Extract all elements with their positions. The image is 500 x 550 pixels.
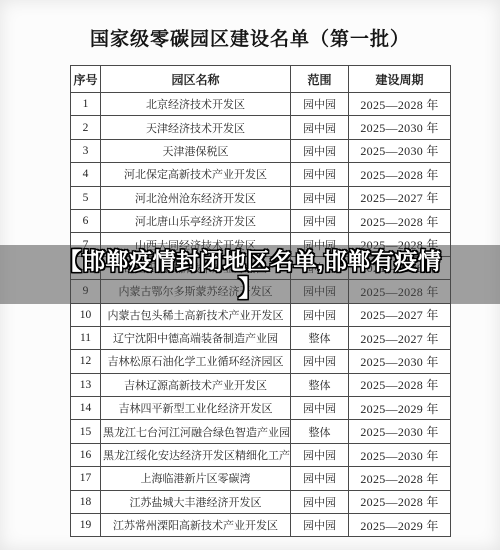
cell-scope: 园中园 [291, 256, 349, 279]
cell-period: 2025—2029 年 [349, 397, 451, 420]
cell-period: 2025—2030 年 [349, 443, 451, 466]
cell-scope: 园中园 [291, 233, 349, 256]
table-row: 11辽宁沈阳中德高端装备制造产业园整体2025—2027 年 [71, 326, 451, 349]
cell-period: 2025—2028 年 [349, 467, 451, 490]
cell-scope: 园中园 [291, 116, 349, 139]
cell-no: 15 [71, 420, 101, 443]
cell-period: 2025—2028 年 [349, 233, 451, 256]
cell-no: 14 [71, 397, 101, 420]
column-header-scope: 范围 [291, 66, 349, 93]
cell-name: 江苏常州溧阳高新技术产业开发区 [101, 514, 291, 537]
cell-period: 2025—2027 年 [349, 326, 451, 349]
table-row: 7山西大同经济技术开发区园中园2025—2028 年 [71, 233, 451, 256]
cell-name: 江苏盐城大丰港经济开发区 [101, 490, 291, 513]
document-page: 国家级零碳园区建设名单（第一批） 序号 园区名称 范围 建设周期 1北京经济技术… [0, 0, 500, 550]
cell-scope: 园中园 [291, 163, 349, 186]
cell-name: 内蒙古包头稀土高新技术产业开发区 [101, 303, 291, 326]
cell-period: 2025—2028 年 [349, 209, 451, 232]
cell-no: 5 [71, 186, 101, 209]
cell-scope: 园中园 [291, 139, 349, 162]
cell-name: 吉林松原石油化学工业循环经济园区 [101, 350, 291, 373]
cell-no: 7 [71, 233, 101, 256]
cell-no: 2 [71, 116, 101, 139]
cell-name: 吉林辽源高新技术产业开发区 [101, 373, 291, 396]
table-row: 15黑龙江七台河江河融合绿色智造产业园区整体2025—2030 年 [71, 420, 451, 443]
cell-name: 山西阳泉高新技术产业开发区 [101, 256, 291, 279]
column-header-name: 园区名称 [101, 66, 291, 93]
cell-period: 2025—2028 年 [349, 490, 451, 513]
table-header-row: 序号 园区名称 范围 建设周期 [71, 66, 451, 93]
cell-no: 10 [71, 303, 101, 326]
cell-scope: 整体 [291, 420, 349, 443]
cell-scope: 园中园 [291, 93, 349, 116]
cell-scope: 园中园 [291, 514, 349, 537]
cell-period: 2025—2030 年 [349, 116, 451, 139]
cell-no: 12 [71, 350, 101, 373]
cell-period: 2025—2027 年 [349, 303, 451, 326]
cell-name: 河北唐山乐亭经济开发区 [101, 209, 291, 232]
cell-scope: 园中园 [291, 303, 349, 326]
table-row: 19江苏常州溧阳高新技术产业开发区园中园2025—2029 年 [71, 514, 451, 537]
cell-scope: 园中园 [291, 209, 349, 232]
cell-no: 6 [71, 209, 101, 232]
table-row: 13吉林辽源高新技术产业开发区整体2025—2028 年 [71, 373, 451, 396]
cell-scope: 整体 [291, 326, 349, 349]
cell-name: 河北保定高新技术产业开发区 [101, 163, 291, 186]
table-row: 5河北沧州沧东经济开发区园中园2025—2027 年 [71, 186, 451, 209]
cell-name: 天津经济技术开发区 [101, 116, 291, 139]
cell-period: 2025—2030 年 [349, 139, 451, 162]
cell-name: 内蒙古鄂尔多斯蒙苏经济开发区 [101, 280, 291, 303]
cell-scope: 园中园 [291, 397, 349, 420]
cell-name: 北京经济技术开发区 [101, 93, 291, 116]
cell-no: 18 [71, 490, 101, 513]
cell-period: 2025—2028 年 [349, 163, 451, 186]
cell-period: 2025—2027 年 [349, 186, 451, 209]
cell-scope: 园中园 [291, 186, 349, 209]
cell-name: 天津港保税区 [101, 139, 291, 162]
table-row: 14吉林四平新型工业化经济开发区园中园2025—2029 年 [71, 397, 451, 420]
cell-name: 黑龙江七台河江河融合绿色智造产业园区 [101, 420, 291, 443]
cell-scope: 整体 [291, 373, 349, 396]
page-title: 国家级零碳园区建设名单（第一批） [0, 24, 500, 51]
cell-scope: 园中园 [291, 467, 349, 490]
cell-period: 2025—2030 年 [349, 420, 451, 443]
table-row: 8山西阳泉高新技术产业开发区园中园2025—2028 年 [71, 256, 451, 279]
table-row: 16黑龙江绥化安达经济开发区精细化工产业园园中园2025—2030 年 [71, 443, 451, 466]
table-row: 4河北保定高新技术产业开发区园中园2025—2028 年 [71, 163, 451, 186]
cell-scope: 园中园 [291, 443, 349, 466]
cell-no: 1 [71, 93, 101, 116]
cell-period: 2025—2028 年 [349, 280, 451, 303]
table-row: 10内蒙古包头稀土高新技术产业开发区园中园2025—2027 年 [71, 303, 451, 326]
cell-period: 2025—2028 年 [349, 256, 451, 279]
cell-period: 2025—2029 年 [349, 514, 451, 537]
cell-name: 河北沧州沧东经济开发区 [101, 186, 291, 209]
table-row: 3天津港保税区园中园2025—2030 年 [71, 139, 451, 162]
cell-name: 山西大同经济技术开发区 [101, 233, 291, 256]
table-body: 1北京经济技术开发区园中园2025—2028 年2天津经济技术开发区园中园202… [71, 93, 451, 537]
table-row: 17上海临港新片区零碳湾园中园2025—2028 年 [71, 467, 451, 490]
park-list-table: 序号 园区名称 范围 建设周期 1北京经济技术开发区园中园2025—2028 年… [70, 65, 451, 537]
cell-name: 黑龙江绥化安达经济开发区精细化工产业园 [101, 443, 291, 466]
cell-no: 19 [71, 514, 101, 537]
cell-name: 吉林四平新型工业化经济开发区 [101, 397, 291, 420]
table-row: 9内蒙古鄂尔多斯蒙苏经济开发区园中园2025—2028 年 [71, 280, 451, 303]
cell-scope: 园中园 [291, 350, 349, 373]
table-row: 18江苏盐城大丰港经济开发区园中园2025—2028 年 [71, 490, 451, 513]
table-row: 6河北唐山乐亭经济开发区园中园2025—2028 年 [71, 209, 451, 232]
cell-no: 3 [71, 139, 101, 162]
cell-no: 17 [71, 467, 101, 490]
cell-no: 8 [71, 256, 101, 279]
cell-period: 2025—2028 年 [349, 373, 451, 396]
cell-period: 2025—2028 年 [349, 93, 451, 116]
cell-no: 16 [71, 443, 101, 466]
cell-no: 4 [71, 163, 101, 186]
cell-name: 辽宁沈阳中德高端装备制造产业园 [101, 326, 291, 349]
cell-no: 11 [71, 326, 101, 349]
column-header-no: 序号 [71, 66, 101, 93]
cell-scope: 园中园 [291, 490, 349, 513]
table-row: 1北京经济技术开发区园中园2025—2028 年 [71, 93, 451, 116]
cell-no: 13 [71, 373, 101, 396]
cell-name: 上海临港新片区零碳湾 [101, 467, 291, 490]
cell-period: 2025—2030 年 [349, 350, 451, 373]
table-row: 2天津经济技术开发区园中园2025—2030 年 [71, 116, 451, 139]
cell-no: 9 [71, 280, 101, 303]
column-header-period: 建设周期 [349, 66, 451, 93]
cell-scope: 园中园 [291, 280, 349, 303]
table-row: 12吉林松原石油化学工业循环经济园区园中园2025—2030 年 [71, 350, 451, 373]
